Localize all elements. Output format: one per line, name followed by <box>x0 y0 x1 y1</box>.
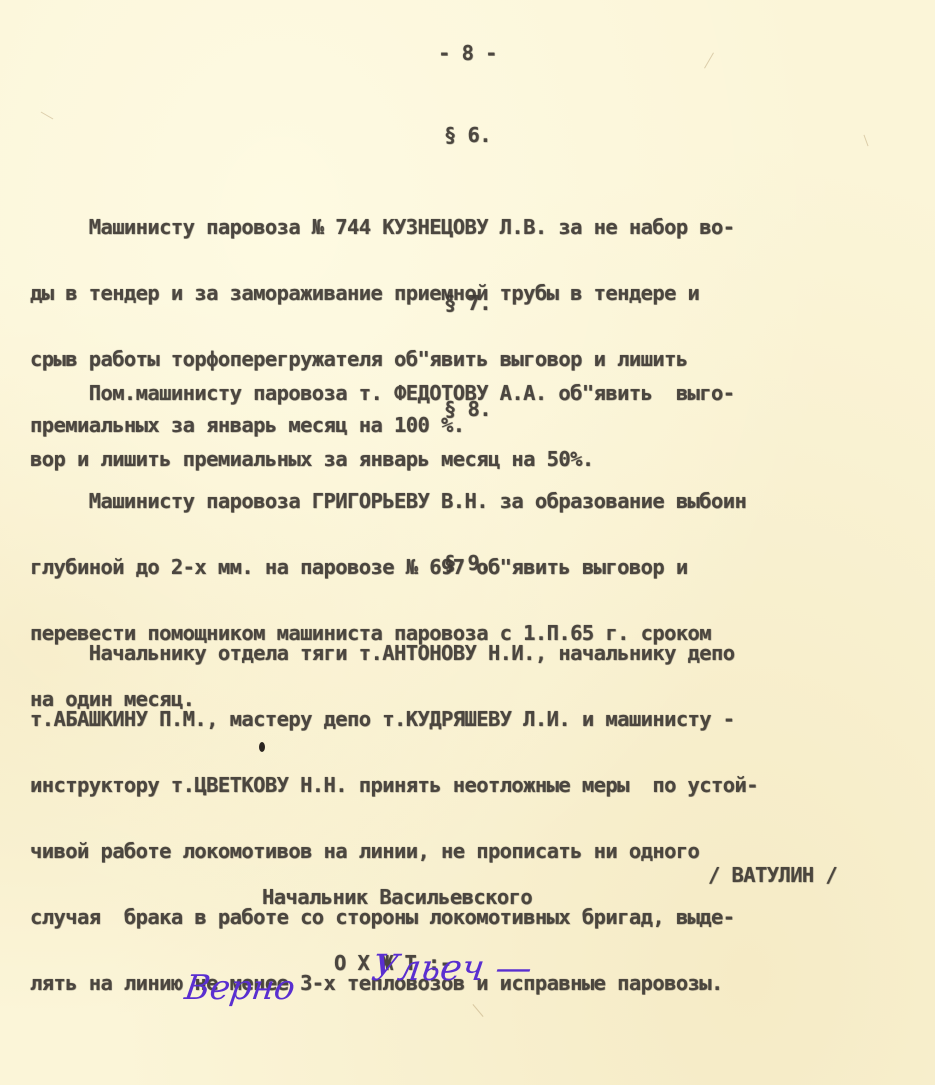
section-6-heading: § 6. <box>0 124 935 146</box>
handwritten-signature: Ульеч — <box>369 948 534 989</box>
section-8-heading: § 8. <box>0 398 935 420</box>
signatory-title-line1: Начальник Васильевского <box>262 886 532 908</box>
section-9-heading: § 9. <box>0 552 935 574</box>
paper-fiber <box>41 112 54 120</box>
text-line: т.АБАШКИНУ П.М., мастеру депо т.КУДРЯШЕВ… <box>30 708 758 730</box>
text-line: инструктору т.ЦВЕТКОВУ Н.Н. принять неот… <box>30 774 758 796</box>
section-7-heading: § 7. <box>0 292 935 314</box>
signatory-name: / ВАТУЛИН / <box>708 864 837 886</box>
text-line: Начальнику отдела тяги т.АНТОНОВУ Н.И., … <box>30 642 758 664</box>
handwritten-certification: Верно <box>182 968 297 1008</box>
page-number: - 8 - <box>0 42 935 64</box>
text-line: Машинисту паровоза № 744 КУЗНЕЦОВУ Л.В. … <box>30 216 735 238</box>
document-page: - 8 - § 6. Машинисту паровоза № 744 КУЗН… <box>0 0 935 1085</box>
signatory-title: Начальник Васильевского О Х Ж Т :- <box>262 842 532 1018</box>
text-line: Машинисту паровоза ГРИГОРЬЕВУ В.Н. за об… <box>30 490 746 512</box>
ink-blot <box>259 742 265 752</box>
